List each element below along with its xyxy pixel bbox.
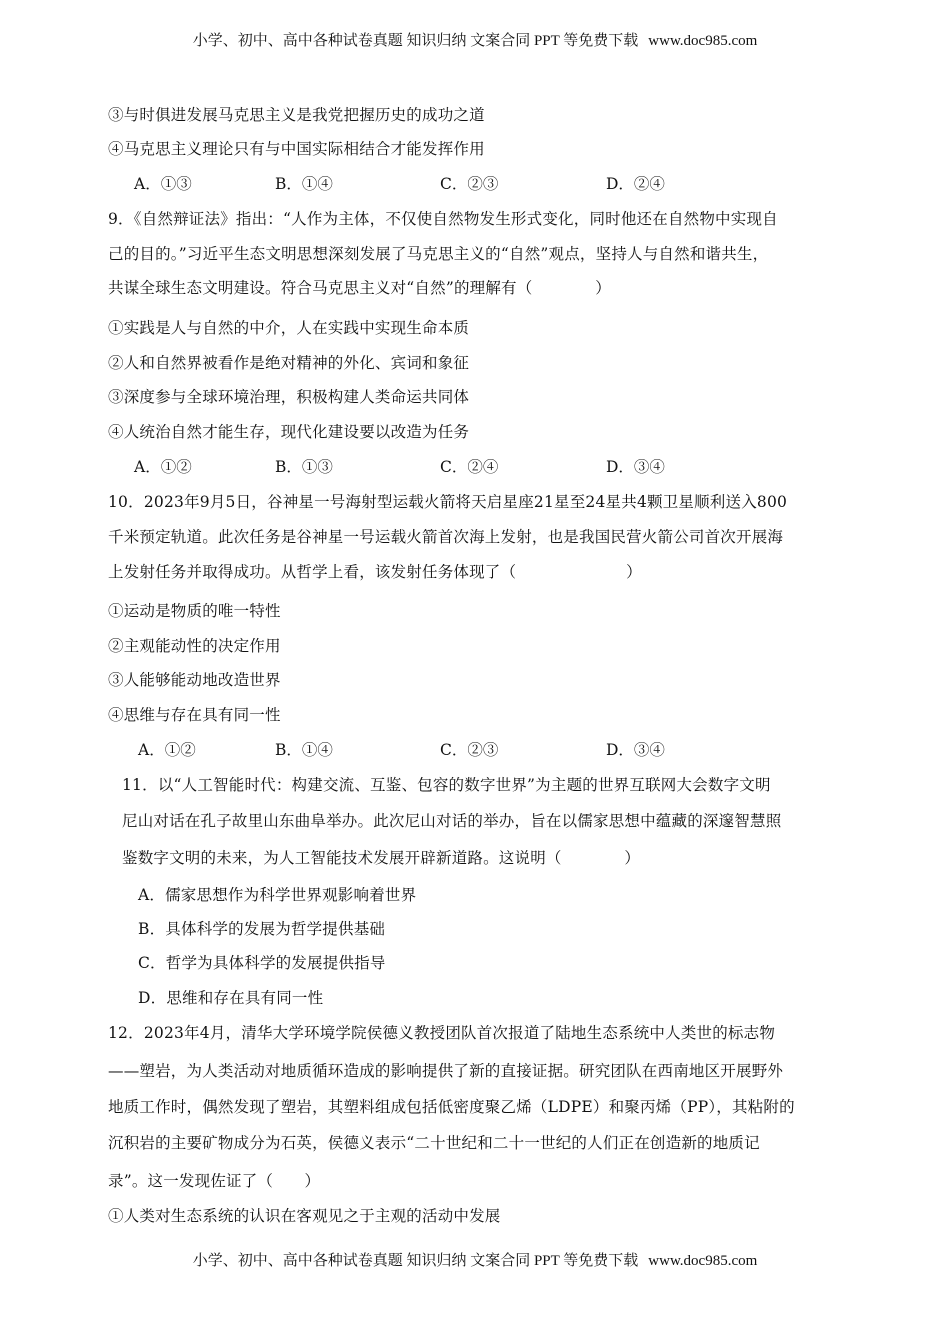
q8-item-4: ④马克思主义理论只有与中国实际相结合才能发挥作用 (108, 139, 485, 159)
header-text: 小学、初中、高中各种试卷真题 知识归纳 文案合同 PPT 等免费下载 (193, 33, 639, 49)
q11-option-d[interactable]: D．思维和存在具有同一性 (138, 988, 323, 1008)
q9-option-c[interactable]: C．②④ (440, 457, 498, 477)
q11-stem-line-2: 尼山对话在孔子故里山东曲阜举办。此次尼山对话的举办，旨在以儒家思想中蕴藏的深邃智… (122, 811, 781, 831)
q10-stem-line-2: 千米预定轨道。此次任务是谷神星一号运载火箭首次海上发射，也是我国民营火箭公司首次… (108, 527, 783, 547)
q12-stem-line-4: 沉积岩的主要矿物成分为石英，侯德义表示“二十世纪和二十一世纪的人们正在创造新的地… (108, 1133, 760, 1153)
q10-option-d[interactable]: D．③④ (606, 740, 665, 760)
q9-item-4: ④人统治自然才能生存，现代化建设要以改造为任务 (108, 422, 469, 442)
q12-stem-line-3: 地质工作时，偶然发现了塑岩，其塑料组成包括低密度聚乙烯（LDPE）和聚丙烯（PP… (108, 1097, 795, 1117)
page-footer: 小学、初中、高中各种试卷真题 知识归纳 文案合同 PPT 等免费下载www.do… (0, 1249, 950, 1270)
q10-option-b[interactable]: B．①④ (275, 740, 333, 760)
q10-option-c[interactable]: C．②③ (440, 740, 498, 760)
q9-options: A．①② B．①③ C．②④ D．③④ (0, 457, 950, 477)
q10-stem-line-1: 10．2023年9月5日，谷神星一号海射型运载火箭将天启星座21星至24星共4颗… (108, 492, 787, 512)
q9-item-1: ①实践是人与自然的中介，人在实践中实现生命本质 (108, 318, 469, 338)
q11-stem-line-3: 鉴数字文明的未来，为人工智能技术发展开辟新道路。这说明（ ） (122, 848, 640, 868)
q10-item-1: ①运动是物质的唯一特性 (108, 601, 281, 621)
q9-stem-line-2: 己的目的。”习近平生态文明思想深刻发展了马克思主义的“自然”观点，坚持人与自然和… (108, 244, 768, 264)
header-site-link[interactable]: www.doc985.com (648, 33, 757, 49)
footer-site-link[interactable]: www.doc985.com (648, 1253, 757, 1269)
q8-options: A．①③ B．①④ C．②③ D．②④ (0, 174, 950, 194)
q9-stem-line-1: 9．《自然辩证法》指出：“人作为主体，不仅使自然物发生形式变化，同时他还在自然物… (108, 209, 778, 229)
q8-option-d[interactable]: D．②④ (606, 174, 665, 194)
q9-option-d[interactable]: D．③④ (606, 457, 665, 477)
q11-stem-line-1: 11．以“人工智能时代：构建交流、互鉴、包容的数字世界”为主题的世界互联网大会数… (122, 775, 771, 795)
q8-option-c[interactable]: C．②③ (440, 174, 498, 194)
q10-stem-line-3: 上发射任务并取得成功。从哲学上看，该发射任务体现了（ ） (108, 562, 642, 582)
q12-stem-line-5: 录”。这一发现佐证了（ ） (108, 1171, 320, 1191)
q9-stem-line-3: 共谋全球生态文明建设。符合马克思主义对“自然”的理解有（ ） (108, 278, 611, 298)
q10-options: A．①② B．①④ C．②③ D．③④ (0, 740, 950, 760)
q8-item-3: ③与时俱进发展马克思主义是我党把握历史的成功之道 (108, 105, 485, 125)
q10-item-4: ④思维与存在具有同一性 (108, 705, 281, 725)
q12-stem-line-1: 12．2023年4月，清华大学环境学院侯德义教授团队首次报道了陆地生态系统中人类… (108, 1023, 775, 1043)
q9-option-b[interactable]: B．①③ (275, 457, 333, 477)
q11-option-c[interactable]: C．哲学为具体科学的发展提供指导 (138, 953, 386, 973)
footer-text: 小学、初中、高中各种试卷真题 知识归纳 文案合同 PPT 等免费下载 (193, 1253, 639, 1269)
q10-item-3: ③人能够能动地改造世界 (108, 670, 281, 690)
q9-item-3: ③深度参与全球环境治理，积极构建人类命运共同体 (108, 387, 469, 407)
q11-option-a[interactable]: A．儒家思想作为科学世界观影响着世界 (138, 885, 416, 905)
q10-option-a[interactable]: A．①② (138, 740, 196, 760)
q9-option-a[interactable]: A．①② (134, 457, 192, 477)
q8-option-b[interactable]: B．①④ (275, 174, 333, 194)
q9-item-2: ②人和自然界被看作是绝对精神的外化、宾词和象征 (108, 353, 469, 373)
q10-item-2: ②主观能动性的决定作用 (108, 636, 281, 656)
q12-item-1: ①人类对生态系统的认识在客观见之于主观的活动中发展 (108, 1206, 501, 1226)
page-header: 小学、初中、高中各种试卷真题 知识归纳 文案合同 PPT 等免费下载www.do… (0, 29, 950, 50)
q12-stem-line-2: ——塑岩，为人类活动对地质循环造成的影响提供了新的直接证据。研究团队在西南地区开… (108, 1061, 783, 1081)
q11-option-b[interactable]: B．具体科学的发展为哲学提供基础 (138, 919, 385, 939)
q8-option-a[interactable]: A．①③ (134, 174, 192, 194)
